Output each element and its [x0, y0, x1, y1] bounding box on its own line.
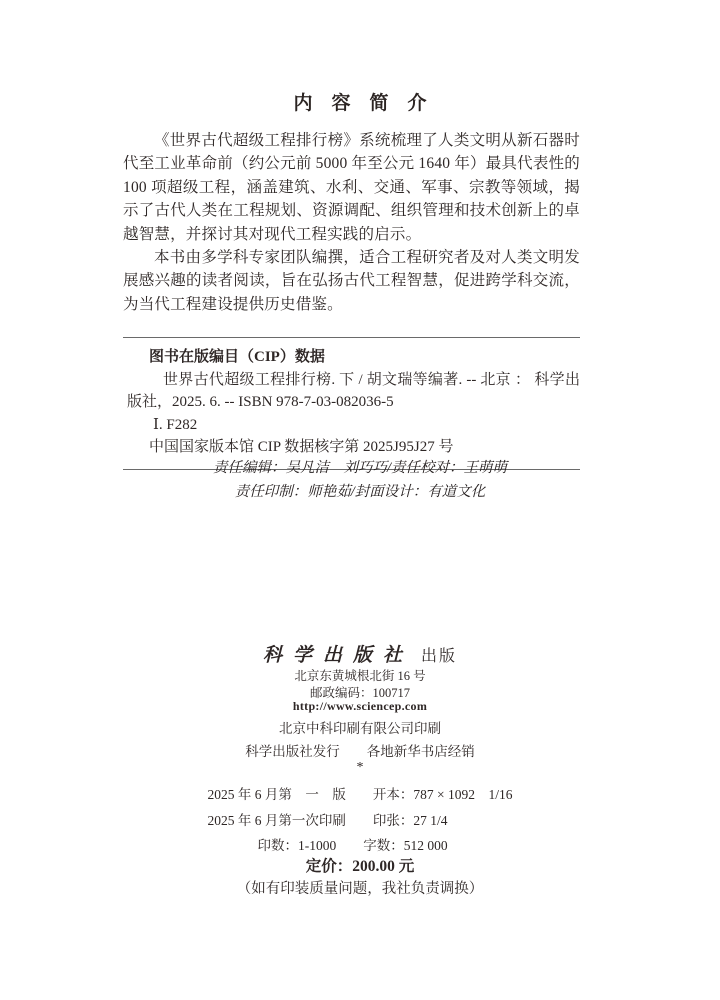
publisher-logo: 科学出版社	[263, 645, 413, 666]
book-copyright-page: 内 容 简 介 《世界古代超级工程排行榜》系统梳理了人类文明从新石器时代至工业革…	[0, 0, 720, 1000]
intro-paragraph-2: 本书由多学科专家团队编撰，适合工程研究者及对人类文明发展感兴趣的读者阅读，旨在弘…	[123, 246, 580, 316]
impression-sheets-line: 2025 年 6 月第一次印刷 印张：27 1/4	[208, 808, 513, 834]
publisher-address: 北京东黄城根北街 16 号	[0, 666, 720, 684]
printer-info: 北京中科印刷有限公司印刷	[0, 717, 720, 737]
cip-heading: 图书在版编目（CIP）数据	[123, 346, 580, 369]
cip-catalog-entry: 世界古代超级工程排行榜. 下 / 胡文瑞等编著. -- 北京 ： 科学出版社，2…	[123, 369, 580, 414]
intro-section: 《世界古代超级工程排行榜》系统梳理了人类文明从新石器时代至工业革命前（约公元前 …	[123, 129, 580, 316]
credits-print-design-line: 责任印制：师艳茹/封面设计：有道文化	[0, 480, 720, 504]
intro-paragraph-1: 《世界古代超级工程排行榜》系统梳理了人类文明从新石器时代至工业革命前（约公元前 …	[123, 129, 580, 246]
quality-exchange-notice: （如有印装质量问题，我社负责调换）	[0, 877, 720, 898]
print-specifications: 2025 年 6 月第 一 版 开本：787 × 1092 1/16 2025 …	[0, 782, 720, 859]
publish-label: 出版	[421, 648, 457, 665]
publisher-website: http://www.sciencep.com	[0, 699, 720, 714]
distribution-info: 科学出版社发行 各地新华书店经销	[0, 740, 720, 760]
star-separator: *	[0, 760, 720, 776]
credits-editors-line: 责任编辑：吴凡洁 刘巧巧/责任校对：王萌萌	[0, 456, 720, 480]
price: 定价：200.00 元	[0, 854, 720, 876]
print-specifications-inner: 2025 年 6 月第 一 版 开本：787 × 1092 1/16 2025 …	[208, 782, 513, 859]
page-title: 内 容 简 介	[0, 88, 720, 115]
cip-classification: Ⅰ. F282	[123, 414, 580, 437]
staff-credits: 责任编辑：吴凡洁 刘巧巧/责任校对：王萌萌 责任印制：师艳茹/封面设计：有道文化	[0, 456, 720, 504]
edition-format-line: 2025 年 6 月第 一 版 开本：787 × 1092 1/16	[208, 782, 513, 808]
cip-data-block: 图书在版编目（CIP）数据 世界古代超级工程排行榜. 下 / 胡文瑞等编著. -…	[123, 337, 580, 470]
publisher-imprint-line: 科学出版社 出版	[0, 640, 720, 667]
